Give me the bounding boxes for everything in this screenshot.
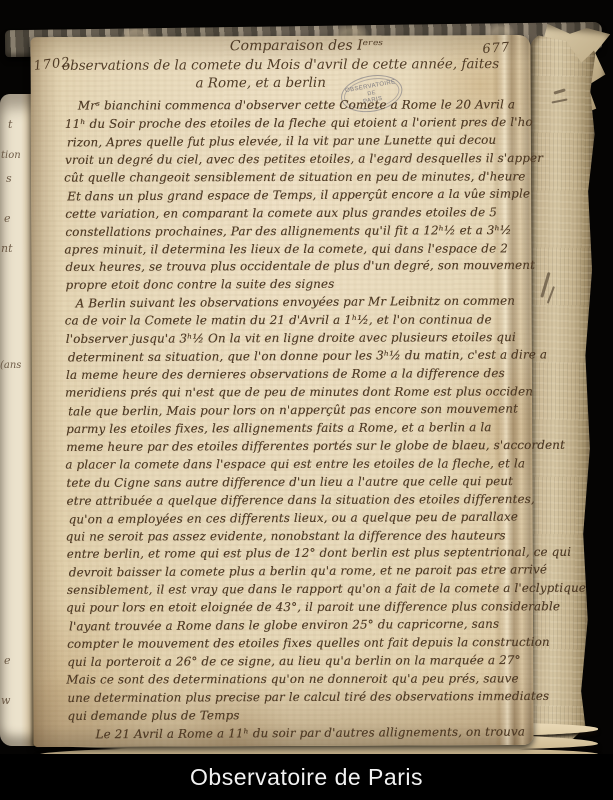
facing-page-text-fragment: e [4, 212, 11, 225]
manuscript-line: apres minuit, il determina les lieux de … [64, 241, 518, 260]
manuscript-line: determinent sa situation, que l'on donne… [68, 348, 522, 369]
manuscript-line: Mrˢ bianchini commenca d'observer cette … [64, 97, 518, 116]
manuscript-title-line-2: observations de la comete du Mois d'avri… [31, 56, 531, 74]
manuscript-line: l'ayant trouvée a Rome dans le globe env… [69, 617, 523, 638]
manuscript-line: vroit un degré du ciel, avec des petites… [65, 151, 519, 171]
fore-edge-mark [553, 88, 565, 94]
manuscript-line: Et dans un plus grand espace de Temps, i… [67, 186, 521, 207]
manuscript-line: cût quelle changeoit sensiblement de sit… [64, 169, 518, 188]
manuscript-line: Mais ce sont des determinations qu'on ne… [66, 671, 520, 690]
manuscript-line: qui ne seroit pas assez evidente, nonobs… [66, 528, 520, 547]
fore-edge-mark [551, 98, 567, 103]
manuscript-line: 11ʰ du Soir proche des etoiles de la fle… [65, 115, 519, 135]
fore-edge-mark [547, 286, 555, 304]
manuscript-line: la meme heure des dernieres observations… [66, 366, 520, 386]
facing-page-text-fragment: e [4, 654, 11, 667]
manuscript-line: a placer la comete dans l'espace qui est… [65, 456, 519, 475]
manuscript-line: parmy les etoiles fixes, les allignement… [66, 420, 520, 440]
manuscript-line: deux heures, se trouva plus occidentale … [65, 258, 519, 278]
manuscript-line: qui la porteroit a 26° de ce signe, au l… [67, 653, 521, 673]
manuscript-line: A Berlin suivant les observations envoyé… [68, 294, 522, 315]
manuscript-line: meme heure par des etoiles differentes p… [66, 438, 520, 458]
facing-page-text-fragment: (ans [0, 360, 21, 371]
manuscript-body: Mrˢ bianchini commenca d'observer cette … [65, 97, 522, 745]
manuscript-line: tete du Cigne sans autre difference d'un… [66, 474, 520, 494]
manuscript-title-line-1: Comparaison des Iᵉʳᵉˢ [56, 37, 556, 55]
facing-page-text-fragment: nt [1, 242, 13, 255]
manuscript-line: qu'on a employées en ces differents lieu… [69, 509, 523, 530]
manuscript-line: sensiblement, il est vray que dans le ra… [67, 581, 521, 601]
manuscript-line: compter le mouvement des etoiles fixes q… [67, 635, 521, 655]
facing-page-text-fragment: w [1, 694, 10, 707]
facing-page-text-fragment: s [6, 172, 12, 185]
manuscript-line: ca de voir la Comete le matin du 21 d'Av… [65, 313, 519, 332]
stamp-text-top: OBSERVATOIRE [345, 79, 396, 95]
manuscript-line: Le 21 Avril a Rome a 11ʰ du soir par d'a… [69, 724, 523, 745]
manuscript-line: devroit baisser la comete plus a berlin … [69, 563, 523, 584]
manuscript-line: cette variation, en comparant la comete … [65, 205, 519, 225]
stamp-text-middle: DE [367, 89, 377, 97]
manuscript-line: une determination plus precise par le ca… [67, 689, 521, 709]
manuscript-page: 1702 677 Comparaison des Iᵉʳᵉˢ observati… [30, 35, 533, 747]
manuscript-title-line-3: a Rome, et a berlin [11, 74, 511, 92]
caption-text: Observatoire de Paris [190, 764, 423, 791]
manuscript-line: rizon, Apres quelle fut plus elevée, il … [67, 132, 521, 153]
caption-bar: Observatoire de Paris [0, 754, 613, 800]
book-photograph: ttionsent(ansew 1702 677 Comparaison des… [0, 0, 613, 800]
manuscript-line: constellations prochaines, Par des allig… [65, 223, 519, 243]
facing-page-text-fragment: t [8, 118, 12, 131]
facing-page-text-fragment: tion [1, 150, 21, 161]
manuscript-line: etre attribuée a quelque difference dans… [66, 492, 520, 512]
manuscript-line: qui pour lors en etoit eloignée de 43°, … [66, 600, 520, 619]
manuscript-line: meridiens prés qui n'est que de peu de m… [65, 384, 519, 403]
manuscript-line: tale que berlin, Mais pour lors on n'app… [68, 401, 522, 422]
manuscript-line: qui demande plus de Temps [67, 707, 521, 727]
